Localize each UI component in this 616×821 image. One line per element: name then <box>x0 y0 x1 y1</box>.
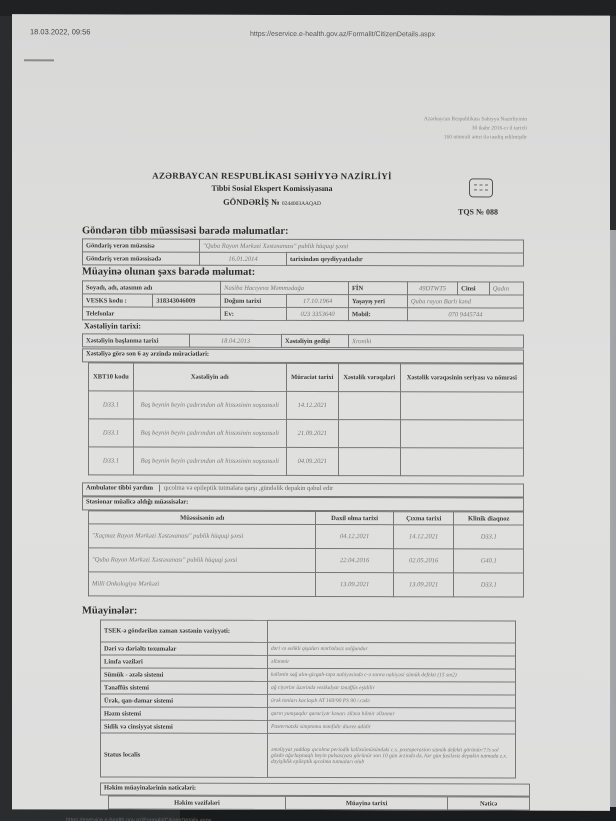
exam-label: Sidik və cinsiyyət sistemi <box>101 720 268 733</box>
exam-value: əməliyyat yaddaşı qıcolma periodik kəllə… <box>268 733 516 778</box>
print-url: https://eservice.e-health.gov.az/Formali… <box>250 31 435 38</box>
visit-series <box>400 448 523 476</box>
visit-date: 14.12.2021 <box>286 391 338 419</box>
inpatient-admitted: 22.04.2016 <box>316 549 393 573</box>
exam-label: TSEK-ə göndərilən zaman xəstənin vəziyyə… <box>101 620 268 642</box>
table-row: D33.1Baş beynin beyin çadırından alt his… <box>89 447 524 476</box>
exam-row: Tənəffüs sistemiağ ciyərlər üzərində vez… <box>101 681 516 695</box>
exam-value: Pasternatski simptomu mənfidir diurez ad… <box>268 720 516 734</box>
ministry-title: AZƏRBAYCAN RESPUBLİKASI SƏHİYYƏ NAZİRLİY… <box>107 170 437 181</box>
exam-value: əllənmir <box>268 655 516 669</box>
inpatient-header-cell: Müəssisənin adı <box>89 511 316 525</box>
exam-value: ürək tonları kar.laşıb AT 160/90 PS 90 /… <box>268 694 516 708</box>
table-row: D33.1Baş beynin beyin çadırından alt his… <box>89 391 524 420</box>
visits-header-cell: Müraciət tarixi <box>286 363 338 391</box>
id-card-icon <box>469 178 493 197</box>
exam-value: qarın yumşaqdır qaraciyər kənarı əllənə … <box>268 707 516 721</box>
visits-header-cell: Xəstəlik vərəqəsinin seriyası və nömrəsi <box>400 364 523 392</box>
patient-table: Soyadı, adı, atasının adı Nasiba Hacıyev… <box>82 280 524 321</box>
logo-mark <box>24 59 54 61</box>
exam-row: Həzm sistemiqarın yumşaqdır qaraciyər kə… <box>101 707 516 721</box>
visit-sheets <box>338 420 400 448</box>
exams-section-title: Müayinələr: <box>82 605 137 616</box>
table-row: D33.1Baş beynin beyin çadırından alt his… <box>89 419 524 448</box>
inpatient-facility: "Quba Rayon Mərkəzi Xəstəxanası" publik … <box>89 548 316 573</box>
visit-series <box>400 420 523 448</box>
doctors-title: Həkim müayinələrinin nəticələri: <box>100 782 530 796</box>
inpatient-header-cell: Klinik diaqnoz <box>454 512 524 525</box>
sender-section-title: Göndərən tibb müəssisəsi barədə məlumatl… <box>82 225 289 237</box>
doctors-table: Həkim vəzifələriMüayinə tarixiNəticə <box>108 795 530 810</box>
visit-sheets <box>338 448 400 476</box>
approval-note: Azərbaycan Respublikası Səhiyyə Nazirliy… <box>362 115 527 142</box>
inpatient-facility: Milli Onkologiya Mərkəzi <box>89 572 316 597</box>
visit-series <box>400 392 523 420</box>
exam-label: Ürək, qan-damar sistemi <box>101 694 268 707</box>
exam-value: kəllənin sağ alın-gicgah-təpə nahiyəsind… <box>268 668 516 682</box>
exam-label: Həzm sistemi <box>101 707 268 720</box>
exam-value: dəri və selikli qişaları mərhələsiz solğ… <box>268 642 516 656</box>
doctors-header-cell: Nəticə <box>448 797 530 810</box>
inpatient-admitted: 04.12.2021 <box>316 525 393 549</box>
table-row: "Quba Rayon Mərkəzi Xəstəxanası" publik … <box>89 548 524 573</box>
visit-date: 04.09.2021 <box>286 447 338 475</box>
table-row: Milli Onkologiya Mərkəzi13.09.202113.09.… <box>89 572 524 597</box>
exam-row: Ürək, qan-damar sistemiürək tonları kar.… <box>101 694 516 708</box>
inpatient-discharged: 02.05.2016 <box>393 549 454 573</box>
visits-table: XBT10 koduXəstəliyin adıMüraciət tarixiX… <box>88 362 524 476</box>
visit-code: D33.1 <box>89 391 134 419</box>
inpatient-header-cell: Çıxma tarixi <box>393 512 454 525</box>
exams-table: TSEK-ə göndərilən zaman xəstənin vəziyyə… <box>100 619 516 778</box>
visit-name: Baş beynin beyin çadırından alt hissəsin… <box>133 391 286 419</box>
inpatient-title: Stasionar müalicə aldığı müəssisələr: <box>82 496 524 511</box>
visits-header-cell: Xəstəlik vərəqələri <box>338 364 400 392</box>
inpatient-diagnosis: D33.1 <box>454 573 524 597</box>
exam-row: Limfa vəziləriəllənmir <box>101 655 516 669</box>
sender-table: Göndəriş verən müəssisə "Quba Rayon Mərk… <box>82 238 524 266</box>
inpatient-table: Müəssisənin adıDaxil olma tarixiÇıxma ta… <box>88 510 524 597</box>
exam-value <box>268 620 516 643</box>
doctors-header-cell: Həkim vəzifələri <box>109 796 286 809</box>
exam-row: Sidik və cinsiyyət sistemiPasternatski s… <box>101 720 516 734</box>
inpatient-header-cell: Daxil olma tarixi <box>316 512 393 525</box>
inpatient-diagnosis: D33.1 <box>454 525 524 549</box>
visit-date: 21.09.2021 <box>286 419 338 447</box>
inpatient-facility: "Xaçmaz Rayon Mərkəzi Xəstəxanası" publi… <box>89 524 316 549</box>
exam-row: Status localisəməliyyat yaddaşı qıcolma … <box>101 733 516 778</box>
patient-section-title: Müayinə olunan şəxs barədə məlumat: <box>82 266 255 277</box>
visit-sheets <box>338 392 400 420</box>
printed-page: 18.03.2022, 09:56 https://eservice.e-hea… <box>12 14 610 811</box>
visit-name: Baş beynin beyin çadırından alt hissəsin… <box>133 419 286 447</box>
tqs-number: TQS № 088 <box>458 207 498 216</box>
exam-label: Tənəffüs sistemi <box>101 681 268 694</box>
exam-label: Sümük - əzələ sistemi <box>101 668 268 681</box>
visit-code: D33.1 <box>89 419 134 447</box>
history-section-title: Xəstəliyin tarixi: <box>84 321 141 330</box>
visit-name: Baş beynin beyin çadırından alt hissəsin… <box>133 447 286 475</box>
inpatient-discharged: 13.09.2021 <box>393 573 454 597</box>
visits-header-cell: XBT10 kodu <box>89 363 134 391</box>
visit-code: D33.1 <box>89 447 134 475</box>
inpatient-discharged: 14.12.2021 <box>393 525 454 549</box>
document-header: AZƏRBAYCAN RESPUBLİKASI SƏHİYYƏ NAZİRLİY… <box>107 170 437 207</box>
inpatient-admitted: 13.09.2021 <box>316 573 393 597</box>
exam-label: Limfa vəziləri <box>101 655 268 668</box>
visits-title: Xəstəliyə görə son 6 ay ərzində müraciət… <box>82 348 524 363</box>
exam-label: Dəri və dərialtı toxumalar <box>101 642 268 655</box>
inpatient-diagnosis: G40.1 <box>454 549 524 573</box>
exam-row: TSEK-ə göndərilən zaman xəstənin vəziyyə… <box>101 620 516 643</box>
print-footer-url: https://eservice.e-health.gov.az/Formali… <box>66 817 211 821</box>
referral-number: GÖNDƏRİŞ № 0244003AAQAD <box>107 196 437 207</box>
exam-label: Status localis <box>101 733 268 777</box>
commission-title: Tibbi Sosial Ekspert Komissiyasına <box>107 183 437 193</box>
ambulatory-row: Ambulator tibbi yardım qıcolma və epilep… <box>82 482 524 497</box>
exam-value: ağ ciyərlər üzərində vezikulyar tənəffüs… <box>268 681 516 695</box>
visits-header-cell: Xəstəliyin adı <box>133 363 286 391</box>
exam-row: Dəri və dərialtı toxumalardəri və selikl… <box>101 642 516 656</box>
print-datetime: 18.03.2022, 09:56 <box>30 27 90 36</box>
exam-row: Sümük - əzələ sistemikəllənin sağ alın-g… <box>101 668 516 682</box>
doctors-header-cell: Müayinə tarixi <box>285 796 447 809</box>
table-row: "Xaçmaz Rayon Mərkəzi Xəstəxanası" publi… <box>89 524 524 549</box>
onset-table: Xəstəliyin başlanma tarixi 18.04.2013 Xə… <box>82 333 524 348</box>
